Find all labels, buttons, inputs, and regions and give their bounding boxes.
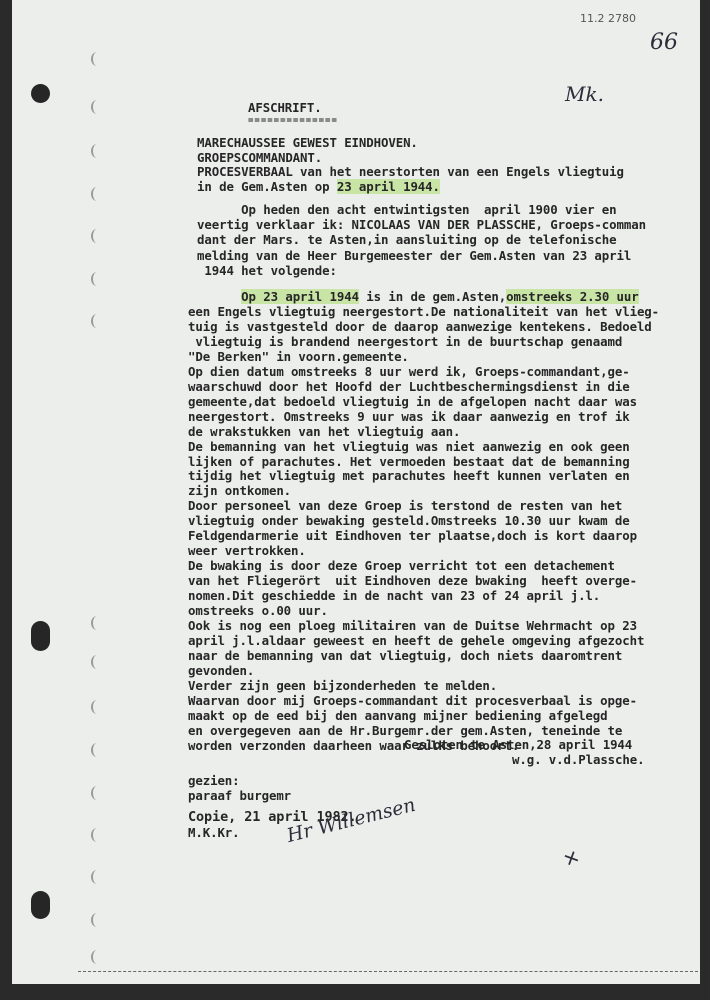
binder-ring-mark: [91, 870, 103, 884]
statement-line: nomen.Dit geschiedde in de nacht van 23 …: [188, 588, 600, 604]
handwritten-initials: Mk.: [565, 82, 604, 106]
binder-ring-mark: [91, 700, 103, 714]
copy-initials: M.K.Kr.: [188, 825, 240, 841]
highlighted-date: 23 april 1944.: [337, 179, 440, 194]
binder-ring-mark: [91, 950, 103, 964]
statement-line: en overgegeven aan de Hr.Burgemr.der gem…: [188, 723, 622, 739]
statement-line: vliegtuig is brandend neergestort in de …: [188, 334, 622, 350]
statement-line: Door personeel van deze Groep is terston…: [188, 498, 622, 514]
footer-seen: gezien:: [188, 773, 240, 789]
binder-ring-mark: [91, 52, 103, 66]
subject-line-1: PROCESVERBAAL van het neerstorten van ee…: [197, 164, 624, 180]
statement-line: Feldgendarmerie uit Eindhoven ter plaats…: [188, 528, 637, 544]
closing-place-date: Gesloten te Asten,28 april 1944: [404, 737, 632, 753]
intro-line: 1944 het volgende:: [197, 263, 337, 279]
statement-line: Ook is nog een ploeg militairen van de D…: [188, 618, 637, 634]
statement-line: omstreeks o.00 uur.: [188, 603, 328, 619]
binder-ring-mark: [91, 655, 103, 669]
statement-line: Op dien datum omstreeks 8 uur werd ik, G…: [188, 364, 630, 380]
statement-line: Waarvan door mij Groeps-commandant dit p…: [188, 693, 637, 709]
binder-ring-mark: [91, 144, 103, 158]
statement-line: een Engels vliegtuig neergestort.De nati…: [188, 304, 659, 320]
intro-line: Op heden den acht entwintigsten april 19…: [197, 202, 617, 218]
highlighted-date: Op 23 april 1944: [241, 289, 359, 304]
title-underline: ==============: [248, 114, 338, 130]
statement-line: naar de bemanning van dat vliegtuig, doc…: [188, 648, 622, 664]
subject-line-2: in de Gem.Asten op 23 april 1944.: [197, 179, 440, 195]
statement-line: april j.l.aldaar geweest en heeft de geh…: [188, 633, 644, 649]
page-number: 66: [650, 30, 678, 55]
binder-ring-mark: [91, 913, 103, 927]
binder-ring-mark: [91, 229, 103, 243]
statement-line: lijken of parachutes. Het vermoeden best…: [188, 454, 630, 470]
statement-line: "De Berken" in voorn.gemeente.: [188, 349, 409, 365]
intro-line: dant der Mars. te Asten,in aansluiting o…: [197, 232, 617, 248]
binder-ring-mark: [91, 616, 103, 630]
statement-line: vliegtuig onder bewaking gesteld.Omstree…: [188, 513, 630, 529]
subject-prefix: in de Gem.Asten op: [197, 179, 337, 194]
bottom-dashed-rule: [78, 971, 698, 972]
statement-line: de wrakstukken van het vliegtuig aan.: [188, 424, 460, 440]
statement-line: Verder zijn geen bijzonderheden te melde…: [188, 678, 497, 694]
punch-hole: [31, 891, 50, 919]
statement-line: gemeente,dat bedoeld vliegtuig in de afg…: [188, 394, 637, 410]
closing-signature: w.g. v.d.Plassche.: [512, 752, 644, 768]
paragraph-1-line-1: Op 23 april 1944 is in de gem.Asten,omst…: [197, 289, 639, 305]
statement-line: zijn ontkomen.: [188, 483, 291, 499]
intro-line: veertig verklaar ik: NICOLAAS VAN DER PL…: [197, 217, 646, 233]
punch-hole: [31, 621, 50, 651]
binder-ring-mark: [91, 743, 103, 757]
binder-ring-mark: [91, 828, 103, 842]
binder-ring-mark: [91, 100, 103, 114]
statement-line: van het Fliegerört uit Eindhoven deze bw…: [188, 573, 637, 589]
statement-line: gevonden.: [188, 663, 254, 679]
highlighted-time: omstreeks 2.30 uur: [506, 289, 638, 304]
intro-line: melding van de Heer Burgemeester der Gem…: [197, 248, 631, 264]
header-line-1: MARECHAUSSEE GEWEST EINDHOVEN.: [197, 135, 418, 151]
archive-reference: 11.2 2780: [580, 12, 636, 25]
binder-ring-mark: [91, 187, 103, 201]
statement-line: tijdig het vliegtuig met parachutes heef…: [188, 468, 630, 484]
binder-ring-mark: [91, 786, 103, 800]
binder-ring-mark: [91, 272, 103, 286]
statement-line: De bemanning van het vliegtuig was niet …: [188, 439, 630, 455]
statement-line: tuig is vastgesteld door de daarop aanwe…: [188, 319, 652, 335]
statement-line: waarschuwd door het Hoofd der Luchtbesch…: [188, 379, 630, 395]
statement-line: weer vertrokken.: [188, 543, 306, 559]
punch-hole: [31, 84, 50, 103]
paragraph-text: is in de gem.Asten,: [359, 289, 506, 304]
statement-line: maakt op de eed bij den aanvang mijner b…: [188, 708, 608, 724]
binder-ring-mark: [91, 314, 103, 328]
footer-paraaf: paraaf burgemr: [188, 788, 291, 804]
statement-line: De bwaking is door deze Groep verricht t…: [188, 558, 615, 574]
statement-line: neergestort. Omstreeks 9 uur was ik daar…: [188, 409, 630, 425]
